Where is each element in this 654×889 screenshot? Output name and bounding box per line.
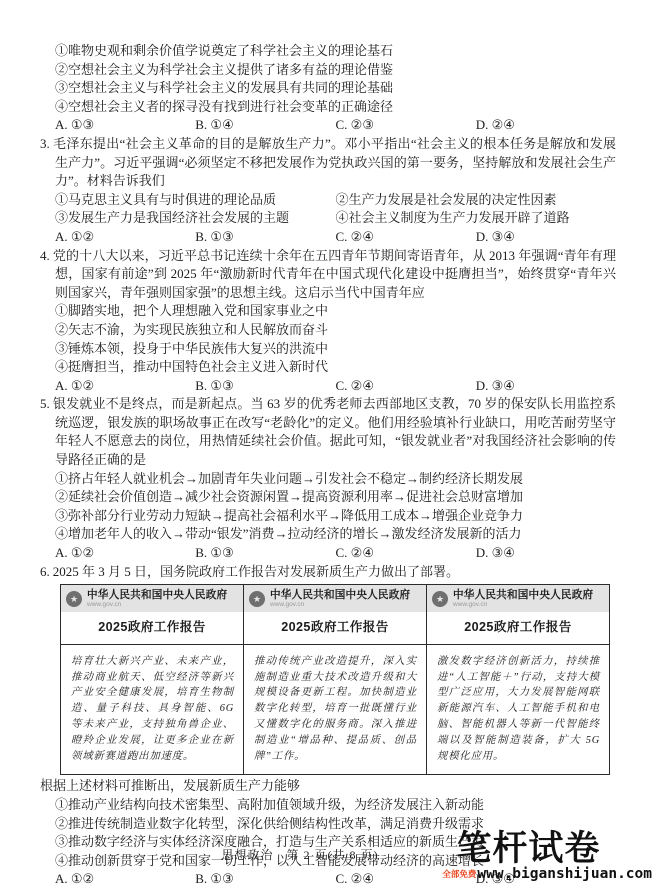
question-stem: 5.银发就业不是终点，而是新起点。当 63 岁的优秀老师去西部地区支教，70 岁… — [55, 395, 616, 469]
question-item: ③空想社会主义与科学社会主义的发展具有共同的理论基础 — [55, 79, 616, 98]
options-row: A. ①② B. ①③ C. ②④ D. ③④ — [55, 544, 616, 563]
question-number: 5. — [40, 396, 50, 411]
question-post-stem: 根据上述材料可推断出，发展新质生产力能够 — [40, 777, 616, 796]
report-body: 培育壮大新兴产业、未来产业，推动商业航天、低空经济等新兴产业安全健康发展，培育生… — [61, 645, 243, 775]
options-row: A. ①② B. ①③ C. ②④ D. ③④ — [55, 377, 616, 396]
option-a: A. ①③ — [55, 116, 195, 135]
option-a: A. ①② — [55, 544, 195, 563]
gov-site-name: 中华人民共和国中央人民政府 — [87, 589, 227, 601]
option-b: B. ①③ — [195, 228, 335, 247]
gov-site-url: www.gov.cn — [270, 601, 410, 609]
national-emblem-icon: ★ — [432, 591, 448, 607]
question-number: 4. — [40, 248, 50, 263]
question-item: ④挺膺担当，推动中国特色社会主义进入新时代 — [55, 358, 616, 377]
report-body: 推动传统产业改造提升，深入实施制造业重大技术改造升级和大规模设备更新工程。加快制… — [244, 645, 426, 775]
question-stem: 4.党的十八大以来，习近平总书记连续十余年在五四青年节期间寄语青年，从 2013… — [55, 247, 616, 303]
question-number: 6. — [40, 564, 50, 579]
question-item: ④社会主义制度为生产力发展开辟了道路 — [336, 209, 617, 228]
report-title: 2025政府工作报告 — [427, 612, 609, 645]
question-3: 3.毛泽东提出“社会主义革命的目的是解放生产力”。邓小平指出“社会主义的根本任务… — [40, 135, 616, 247]
question-item: ②生产力发展是社会发展的决定性因素 — [336, 191, 617, 210]
report-body: 激发数字经济创新活力，持续推进“人工智能＋”行动，支持大模型广泛应用，大力发展智… — [427, 645, 609, 775]
question-2-partial: ①唯物史观和剩余价值学说奠定了科学社会主义的理论基石 ②空想社会主义为科学社会主… — [40, 42, 616, 135]
gov-site-url: www.gov.cn — [87, 601, 227, 609]
option-d: D. ③④ — [476, 544, 616, 563]
option-a: A. ①② — [55, 228, 195, 247]
gov-site-url: www.gov.cn — [453, 601, 593, 609]
question-stem: 6.2025 年 3 月 5 日，国务院政府工作报告对发展新质生产力做出了部署。 — [55, 563, 616, 582]
option-a: A. ①② — [55, 870, 195, 889]
report-title: 2025政府工作报告 — [61, 612, 243, 645]
question-item: ④空想社会主义者的探寻没有找到进行社会变革的正确途径 — [55, 98, 616, 117]
gov-report-column-3: ★ 中华人民共和国中央人民政府 www.gov.cn 2025政府工作报告 激发… — [426, 585, 609, 774]
question-item: ①挤占年轻人就业机会→加剧青年失业问题→引发社会不稳定→制约经济长期发展 — [55, 470, 616, 489]
option-b: B. ①③ — [195, 377, 335, 396]
question-item: ②空想社会主义为科学社会主义提供了诸多有益的理论借鉴 — [55, 61, 616, 80]
question-item: ③弥补部分行业劳动力短缺→提高社会福利水平→降低用工成本→增强企业竞争力 — [55, 507, 616, 526]
option-c: C. ②④ — [336, 544, 476, 563]
option-d: D. ③④ — [476, 228, 616, 247]
exam-page: ①唯物史观和剩余价值学说奠定了科学社会主义的理论基石 ②空想社会主义为科学社会主… — [40, 42, 616, 889]
national-emblem-icon: ★ — [66, 591, 82, 607]
question-stem-text: 毛泽东提出“社会主义革命的目的是解放生产力”。邓小平指出“社会主义的根本任务是解… — [53, 136, 616, 188]
gov-report-column-2: ★ 中华人民共和国中央人民政府 www.gov.cn 2025政府工作报告 推动… — [243, 585, 426, 774]
gov-banner: ★ 中华人民共和国中央人民政府 www.gov.cn — [244, 585, 426, 612]
question-item: ④增加老年人的收入→带动“银发”消费→拉动经济的增长→激发经济发展新的活力 — [55, 525, 616, 544]
question-item: ①马克思主义具有与时俱进的理论品质 — [55, 191, 336, 210]
option-b: B. ①④ — [195, 116, 335, 135]
gov-report-column-1: ★ 中华人民共和国中央人民政府 www.gov.cn 2025政府工作报告 培育… — [61, 585, 243, 774]
option-c: C. ②③ — [336, 116, 476, 135]
gov-banner: ★ 中华人民共和国中央人民政府 www.gov.cn — [427, 585, 609, 612]
question-5: 5.银发就业不是终点，而是新起点。当 63 岁的优秀老师去西部地区支教，70 岁… — [40, 395, 616, 562]
question-item: ③发展生产力是我国经济社会发展的主题 — [55, 209, 336, 228]
question-6: 6.2025 年 3 月 5 日，国务院政府工作报告对发展新质生产力做出了部署。 — [40, 563, 616, 582]
option-c: C. ②④ — [336, 377, 476, 396]
biganshijuan-watermark: 笔杆试卷 全部免费 www.biganshijuan.com — [442, 831, 652, 882]
question-stem-text: 银发就业不是终点，而是新起点。当 63 岁的优秀老师去西部地区支教，70 岁的保… — [53, 396, 616, 467]
question-number: 3. — [40, 136, 50, 151]
option-b: B. ①③ — [195, 544, 335, 563]
national-emblem-icon: ★ — [249, 591, 265, 607]
question-4: 4.党的十八大以来，习近平总书记连续十余年在五四青年节期间寄语青年，从 2013… — [40, 247, 616, 396]
option-d: D. ③④ — [476, 377, 616, 396]
question-stem: 3.毛泽东提出“社会主义革命的目的是解放生产力”。邓小平指出“社会主义的根本任务… — [55, 135, 616, 191]
gov-banner: ★ 中华人民共和国中央人民政府 www.gov.cn — [61, 585, 243, 612]
question-item: ①唯物史观和剩余价值学说奠定了科学社会主义的理论基石 — [55, 42, 616, 61]
question-stem-text: 党的十八大以来，习近平总书记连续十余年在五四青年节期间寄语青年，从 2013 年… — [53, 248, 616, 300]
question-item: ①脚踏实地，把个人理想融入党和国家事业之中 — [55, 302, 616, 321]
item-row: ③发展生产力是我国经济社会发展的主题 ④社会主义制度为生产力发展开辟了道路 — [55, 209, 616, 228]
option-c: C. ②④ — [336, 228, 476, 247]
options-row: A. ①② B. ①③ C. ②④ D. ③④ — [55, 228, 616, 247]
question-item: ②延续社会价值创造→减少社会资源闲置→提高资源利用率→促进社会总财富增加 — [55, 488, 616, 507]
gov-site-name: 中华人民共和国中央人民政府 — [453, 589, 593, 601]
watermark-brand: 笔杆试卷 — [456, 831, 652, 866]
item-row: ①马克思主义具有与时俱进的理论品质 ②生产力发展是社会发展的决定性因素 — [55, 191, 616, 210]
option-d: D. ②④ — [476, 116, 616, 135]
option-a: A. ①② — [55, 377, 195, 396]
gov-report-table: ★ 中华人民共和国中央人民政府 www.gov.cn 2025政府工作报告 培育… — [60, 584, 610, 775]
question-item: ②矢志不渝，为实现民族独立和人民解放而奋斗 — [55, 321, 616, 340]
question-item: ③锤炼本领，投身于中华民族伟大复兴的洪流中 — [55, 340, 616, 359]
watermark-url: www.biganshijuan.com — [477, 867, 652, 882]
options-row: A. ①③ B. ①④ C. ②③ D. ②④ — [55, 116, 616, 135]
watermark-free-label: 全部免费 — [442, 870, 476, 879]
option-b: B. ①③ — [195, 870, 335, 889]
gov-site-name: 中华人民共和国中央人民政府 — [270, 589, 410, 601]
question-item: ①推动产业结构向技术密集型、高附加值领域升级，为经济发展注入新动能 — [55, 796, 616, 815]
report-title: 2025政府工作报告 — [244, 612, 426, 645]
question-stem-text: 2025 年 3 月 5 日，国务院政府工作报告对发展新质生产力做出了部署。 — [53, 564, 459, 579]
